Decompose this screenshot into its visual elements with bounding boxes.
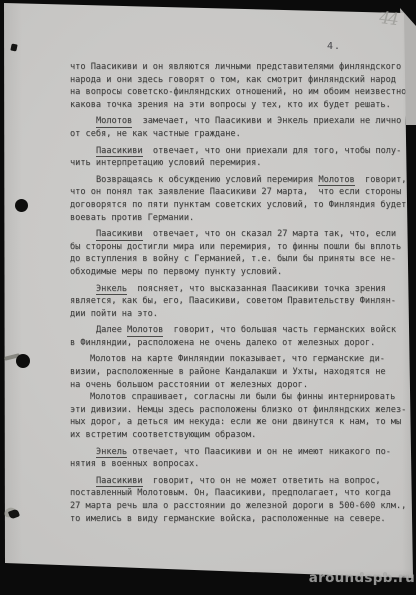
- text-segment: народа и они здесь говорят о том, как см…: [70, 75, 396, 85]
- text-segment: нятия в военных вопросах.: [70, 459, 199, 469]
- text-segment: визии, расположенные в районе Кандалакши…: [70, 367, 386, 377]
- text-line: чить интерпретацию условий перемирия.: [70, 157, 413, 170]
- text-line: народа и они здесь говорят о том, как см…: [70, 74, 413, 87]
- text-segment: какова точка зрения на эти вопросы у тех…: [70, 100, 391, 110]
- paragraph: Паасикиви отвечает, что они приехали для…: [70, 145, 413, 170]
- text-line: обходимые меры по первому пункту условий…: [70, 266, 413, 279]
- text-segment: на очень большом расстоянии от железных …: [70, 380, 308, 390]
- text-segment: от себя, не как частные граждане.: [70, 129, 241, 139]
- text-segment: обходимые меры по первому пункту условий…: [70, 267, 282, 277]
- paragraph: что Паасикиви и он являются личными пред…: [70, 61, 413, 111]
- scanned-page-view: 4. что Паасикиви и он являются личными п…: [0, 0, 416, 595]
- text-segment: поясняет, что высказанная Паасикиви точк…: [127, 284, 386, 294]
- text-segment: договорятся по пяти пунктам советских ус…: [70, 200, 406, 210]
- paragraph: Далее Молотов говорит, что большая часть…: [70, 324, 413, 349]
- text-segment: эти дивизии. Немцы здесь расположены бли…: [70, 405, 406, 415]
- text-line: от себя, не как частные граждане.: [70, 128, 413, 141]
- text-segment: поставленный Молотовым. Он, Паасикиви, п…: [70, 488, 391, 498]
- page-number: 4.: [327, 41, 341, 52]
- speaker-name: Энкель: [96, 284, 127, 296]
- text-line: какова точка зрения на эти вопросы у тех…: [70, 99, 413, 112]
- hole-punch-icon: [15, 199, 28, 212]
- text-segment: Далее: [96, 325, 127, 335]
- text-line: то имелись в виду германские войска, рас…: [70, 513, 413, 526]
- text-line: Энкель поясняет, что высказанная Паасики…: [70, 283, 413, 296]
- text-line: эти дивизии. Немцы здесь расположены бли…: [70, 404, 413, 417]
- text-segment: в Финляндии, расположена не очень далеко…: [70, 338, 375, 348]
- speaker-name: Паасикиви: [96, 146, 143, 158]
- text-line: Молотов на карте Финляндии показывает, ч…: [70, 353, 413, 366]
- text-line: воевать против Германии.: [70, 212, 413, 225]
- text-segment: говорит,: [355, 175, 407, 185]
- text-line: что Паасикиви и он являются личными пред…: [70, 61, 413, 74]
- paragraph: Энкель поясняет, что высказанная Паасики…: [70, 283, 413, 321]
- paragraph: Энкель отвечает, что Паасикиви и он не и…: [70, 446, 413, 471]
- text-line: до вступления в войну с Германией, т.е. …: [70, 253, 413, 266]
- speaker-name: Молотов: [96, 116, 132, 128]
- text-line: их встретим соответствующим образом.: [70, 429, 413, 442]
- text-segment: отвечает, что Паасикиви и он не имеют ни…: [127, 447, 391, 457]
- text-line: договорятся по пяти пунктам советских ус…: [70, 199, 413, 212]
- text-line: бы стороны достигли мира или перемирия, …: [70, 241, 413, 254]
- text-line: Энкель отвечает, что Паасикиви и он не и…: [70, 446, 413, 459]
- paragraph: Паасикиви отвечает, что он сказал 27 мар…: [70, 228, 413, 278]
- text-segment: на вопросы советско-финляндских отношени…: [70, 87, 411, 97]
- text-segment: то имелись в виду германские войска, рас…: [70, 514, 386, 524]
- speaker-name: Паасикиви: [96, 229, 143, 241]
- text-segment: Молотов спрашивает, согласны ли были бы …: [90, 392, 395, 402]
- text-segment: Возвращаясь к обсуждению условий перемир…: [96, 175, 318, 185]
- paragraph: Молотов замечает, что Паасикиви и Энкель…: [70, 115, 413, 140]
- paragraph: Возвращаясь к обсуждению условий перемир…: [70, 174, 413, 224]
- speaker-name: Молотов: [127, 325, 163, 337]
- text-line: Паасикиви отвечает, что они приехали для…: [70, 145, 413, 158]
- text-segment: ных дорог, а деться им некуда: если же о…: [70, 417, 401, 427]
- text-segment: отвечает, что он сказал 27 марта так, чт…: [143, 229, 397, 239]
- text-segment: чить интерпретацию условий перемирия.: [70, 158, 261, 168]
- text-line: в Финляндии, расположена не очень далеко…: [70, 337, 413, 350]
- text-segment: говорит, что большая часть германских во…: [163, 325, 396, 335]
- text-segment: что он понял так заявление Паасикиви 27 …: [70, 187, 401, 197]
- text-line: Молотов спрашивает, согласны ли были бы …: [70, 391, 413, 404]
- text-segment: является, как бы, его, Паасикиви, совето…: [70, 296, 396, 306]
- text-segment: Молотов на карте Финляндии показывает, ч…: [90, 354, 385, 364]
- speaker-name: Паасикиви: [96, 476, 143, 488]
- text-line: Паасикиви говорит, что он не может ответ…: [70, 475, 413, 488]
- text-line: Далее Молотов говорит, что большая часть…: [70, 324, 413, 337]
- text-segment: отвечает, что они приехали для того, что…: [143, 146, 402, 156]
- text-segment: замечает, что Паасикиви и Энкель приехал…: [132, 116, 401, 126]
- text-line: Молотов замечает, что Паасикиви и Энкель…: [70, 115, 413, 128]
- text-line: на вопросы советско-финляндских отношени…: [70, 86, 413, 99]
- text-segment: что Паасикиви и он являются личными пред…: [70, 62, 401, 72]
- text-line: дии пойти на это.: [70, 308, 413, 321]
- text-segment: говорит, что он не может ответить на воп…: [143, 476, 381, 486]
- speaker-name: Энкель: [96, 447, 127, 459]
- speaker-name: Молотов: [318, 175, 354, 187]
- text-line: является, как бы, его, Паасикиви, совето…: [70, 295, 413, 308]
- text-line: что он понял так заявление Паасикиви 27 …: [70, 186, 413, 199]
- text-line: визии, расположенные в районе Кандалакши…: [70, 366, 413, 379]
- text-line: Возвращаясь к обсуждению условий перемир…: [70, 174, 413, 187]
- watermark: aroundspb.ru: [309, 570, 415, 586]
- text-segment: воевать против Германии.: [70, 213, 194, 223]
- paragraph: Паасикиви говорит, что он не может ответ…: [70, 475, 413, 525]
- text-line: 27 марта речь шла о расстоянии до железн…: [70, 500, 413, 513]
- text-line: ных дорог, а деться им некуда: если же о…: [70, 416, 413, 429]
- text-segment: 27 марта речь шла о расстоянии до железн…: [70, 501, 406, 511]
- text-segment: дии пойти на это.: [70, 309, 158, 319]
- text-block: что Паасикиви и он являются личными пред…: [70, 61, 413, 525]
- text-segment: до вступления в войну с Германией, т.е. …: [70, 254, 396, 264]
- text-line: нятия в военных вопросах.: [70, 458, 413, 471]
- text-segment: их встретим соответствующим образом.: [70, 430, 256, 440]
- document-paper: 4. что Паасикиви и он являются личными п…: [0, 0, 416, 595]
- hole-punch-icon: [16, 354, 30, 368]
- paragraph: Молотов на карте Финляндии показывает, ч…: [70, 353, 413, 391]
- paragraph: Молотов спрашивает, согласны ли были бы …: [70, 391, 413, 441]
- text-segment: бы стороны достигли мира или перемирия, …: [70, 242, 401, 252]
- text-line: на очень большом расстоянии от железных …: [70, 379, 413, 392]
- text-line: поставленный Молотовым. Он, Паасикиви, п…: [70, 487, 413, 500]
- text-line: Паасикиви отвечает, что он сказал 27 мар…: [70, 228, 413, 241]
